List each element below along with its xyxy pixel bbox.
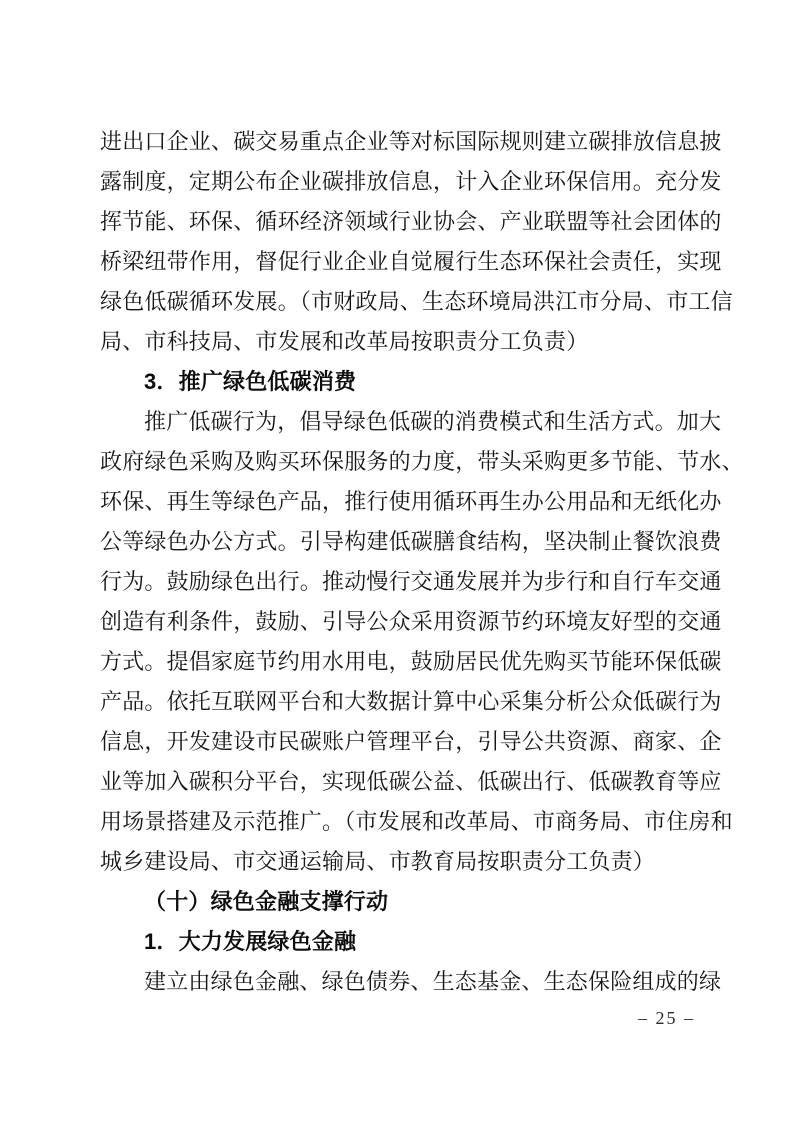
document-content: 进出口企业、碳交易重点企业等对标国际规则建立碳排放信息披露制度，定期公布企业碳排… xyxy=(100,122,712,1002)
body-line: 公等绿色办公方式。引导构建低碳膳食结构，坚决制止餐饮浪费 xyxy=(100,522,712,562)
section-heading: 1．大力发展绿色金融 xyxy=(100,922,712,962)
body-line: 局、市科技局、市发展和改革局按职责分工负责） xyxy=(100,322,712,362)
body-line: 行为。鼓励绿色出行。推动慢行交通发展并为步行和自行车交通 xyxy=(100,562,712,602)
paragraph: 推广低碳行为，倡导绿色低碳的消费模式和生活方式。加大政府绿色采购及购买环保服务的… xyxy=(100,402,712,882)
body-line: 用场景搭建及示范推广。（市发展和改革局、市商务局、市住房和 xyxy=(100,802,712,842)
section-heading: （十）绿色金融支撑行动 xyxy=(100,882,712,922)
body-line: 环保、再生等绿色产品，推行使用循环再生办公用品和无纸化办 xyxy=(100,482,712,522)
body-line: 推广低碳行为，倡导绿色低碳的消费模式和生活方式。加大 xyxy=(100,402,712,442)
body-line: 挥节能、环保、循环经济领域行业协会、产业联盟等社会团体的 xyxy=(100,202,712,242)
body-line: 进出口企业、碳交易重点企业等对标国际规则建立碳排放信息披 xyxy=(100,122,712,162)
body-line: 产品。依托互联网平台和大数据计算中心采集分析公众低碳行为 xyxy=(100,682,712,722)
body-line: 业等加入碳积分平台，实现低碳公益、低碳出行、低碳教育等应 xyxy=(100,762,712,802)
body-line: 桥梁纽带作用，督促行业企业自觉履行生态环保社会责任，实现 xyxy=(100,242,712,282)
body-line: 建立由绿色金融、绿色债券、生态基金、生态保险组成的绿 xyxy=(100,962,712,1002)
document-page: 进出口企业、碳交易重点企业等对标国际规则建立碳排放信息披露制度，定期公布企业碳排… xyxy=(0,0,793,1122)
paragraph: 建立由绿色金融、绿色债券、生态基金、生态保险组成的绿 xyxy=(100,962,712,1002)
body-line: 绿色低碳循环发展。（市财政局、生态环境局洪江市分局、市工信 xyxy=(100,282,712,322)
page-number: – 25 – xyxy=(638,1007,695,1029)
body-line: 政府绿色采购及购买环保服务的力度，带头采购更多节能、节水、 xyxy=(100,442,712,482)
body-line: 城乡建设局、市交通运输局、市教育局按职责分工负责） xyxy=(100,842,712,882)
body-line: 信息，开发建设市民碳账户管理平台，引导公共资源、商家、企 xyxy=(100,722,712,762)
body-line: 露制度，定期公布企业碳排放信息，计入企业环保信用。充分发 xyxy=(100,162,712,202)
section-heading: 3．推广绿色低碳消费 xyxy=(100,362,712,402)
body-line: 方式。提倡家庭节约用水用电，鼓励居民优先购买节能环保低碳 xyxy=(100,642,712,682)
body-line: 创造有利条件，鼓励、引导公众采用资源节约环境友好型的交通 xyxy=(100,602,712,642)
paragraph: 进出口企业、碳交易重点企业等对标国际规则建立碳排放信息披露制度，定期公布企业碳排… xyxy=(100,122,712,362)
